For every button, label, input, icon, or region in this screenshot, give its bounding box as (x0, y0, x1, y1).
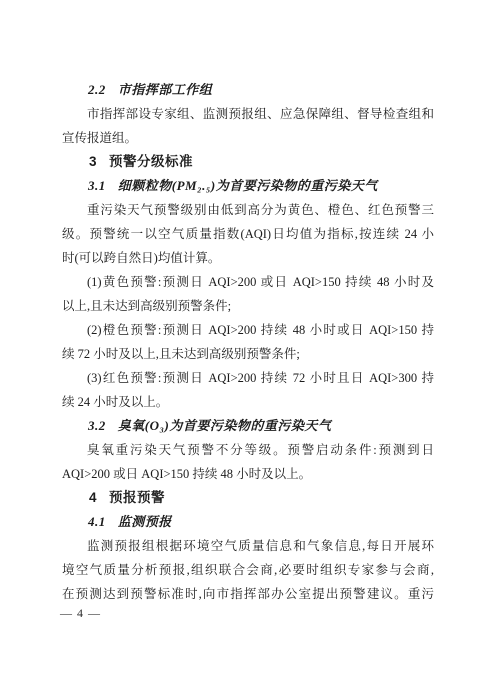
heading-title: 市指挥部工作组 (118, 82, 213, 97)
text-line: (1)黄色预警:预测日 AQI>200 或日 AQI>150 持续 48 小时及 (62, 270, 434, 294)
paragraph-orange-warning: (2)橙色预警:预测日 AQI>200 持续 48 小时或日 AQI>150 持… (62, 318, 434, 366)
heading-number: 3 (89, 154, 97, 169)
paragraph-warning-levels: 重污染天气预警级别由低到高分为黄色、橙色、红色预警三级。预警统一以空气质量指数(… (62, 198, 434, 270)
text-line: (2)橙色预警:预测日 AQI>200 持续 48 小时或日 AQI>150 持 (62, 318, 434, 342)
heading-number: 3.1 (88, 178, 106, 193)
heading-title: 预警分级标准 (109, 154, 193, 169)
text-line: AQI>200 或日 AQI>150 持续 48 小时及以上。 (62, 462, 434, 486)
heading-title: 预报预警 (109, 490, 165, 505)
page-number: — 4 — (60, 606, 434, 620)
section-heading-4-1: 4.1监测预报 (62, 510, 434, 534)
heading-title: 监测预报 (118, 514, 172, 529)
section-heading-3-1: 3.1细颗粒物(PM₂.₅)为首要污染物的重污染天气 (62, 174, 434, 198)
text-line: 续 24 小时及以上。 (62, 390, 434, 414)
text-line: 时(可以跨自然日)均值计算。 (62, 246, 434, 270)
document-page: 2.2市指挥部工作组 市指挥部设专家组、监测预报组、应急保障组、督导检查组和宣传… (0, 0, 495, 700)
paragraph-ozone-warning: 臭氧重污染天气预警不分等级。预警启动条件:预测到日AQI>200 或日 AQI>… (62, 438, 434, 486)
heading-number: 3.2 (88, 418, 106, 433)
heading-number: 4 (89, 490, 97, 505)
text-line: 监测预报组根据环境空气质量信息和气象信息,每日开展环 (62, 534, 434, 558)
paragraph-yellow-warning: (1)黄色预警:预测日 AQI>200 或日 AQI>150 持续 48 小时及… (62, 270, 434, 318)
heading-title: 细颗粒物(PM₂.₅)为首要污染物的重污染天气 (118, 178, 378, 193)
paragraph-red-warning: (3)红色预警:预测日 AQI>200 持续 72 小时且日 AQI>300 持… (62, 366, 434, 414)
text-line: 臭氧重污染天气预警不分等级。预警启动条件:预测到日 (62, 438, 434, 462)
text-line: 境空气质量分析预报,组织联合会商,必要时组织专家参与会商, (62, 558, 434, 582)
document-content: 2.2市指挥部工作组 市指挥部设专家组、监测预报组、应急保障组、督导检查组和宣传… (62, 78, 434, 620)
text-line: 级。预警统一以空气质量指数(AQI)日均值为指标,按连续 24 小 (62, 222, 434, 246)
section-heading-2-2: 2.2市指挥部工作组 (62, 78, 434, 102)
text-line: 重污染天气预警级别由低到高分为黄色、橙色、红色预警三 (62, 198, 434, 222)
text-line: 以上,且未达到高级别预警条件; (62, 294, 434, 318)
text-line: 宣传报道组。 (62, 126, 434, 150)
heading-number: 4.1 (88, 514, 106, 529)
heading-title: 臭氧(O₃)为首要污染物的重污染天气 (118, 418, 332, 433)
paragraph-monitoring-forecast: 监测预报组根据环境空气质量信息和气象信息,每日开展环境空气质量分析预报,组织联合… (62, 534, 434, 606)
heading-number: 2.2 (88, 82, 106, 97)
text-line: (3)红色预警:预测日 AQI>200 持续 72 小时且日 AQI>300 持 (62, 366, 434, 390)
section-heading-3: 3预警分级标准 (62, 150, 434, 174)
section-heading-4: 4预报预警 (62, 486, 434, 510)
paragraph-command-groups: 市指挥部设专家组、监测预报组、应急保障组、督导检查组和宣传报道组。 (62, 102, 434, 150)
text-line: 在预测达到预警标准时,向市指挥部办公室提出预警建议。重污 (62, 582, 434, 606)
text-line: 续 72 小时及以上,且未达到高级别预警条件; (62, 342, 434, 366)
section-heading-3-2: 3.2臭氧(O₃)为首要污染物的重污染天气 (62, 414, 434, 438)
text-line: 市指挥部设专家组、监测预报组、应急保障组、督导检查组和 (62, 102, 434, 126)
